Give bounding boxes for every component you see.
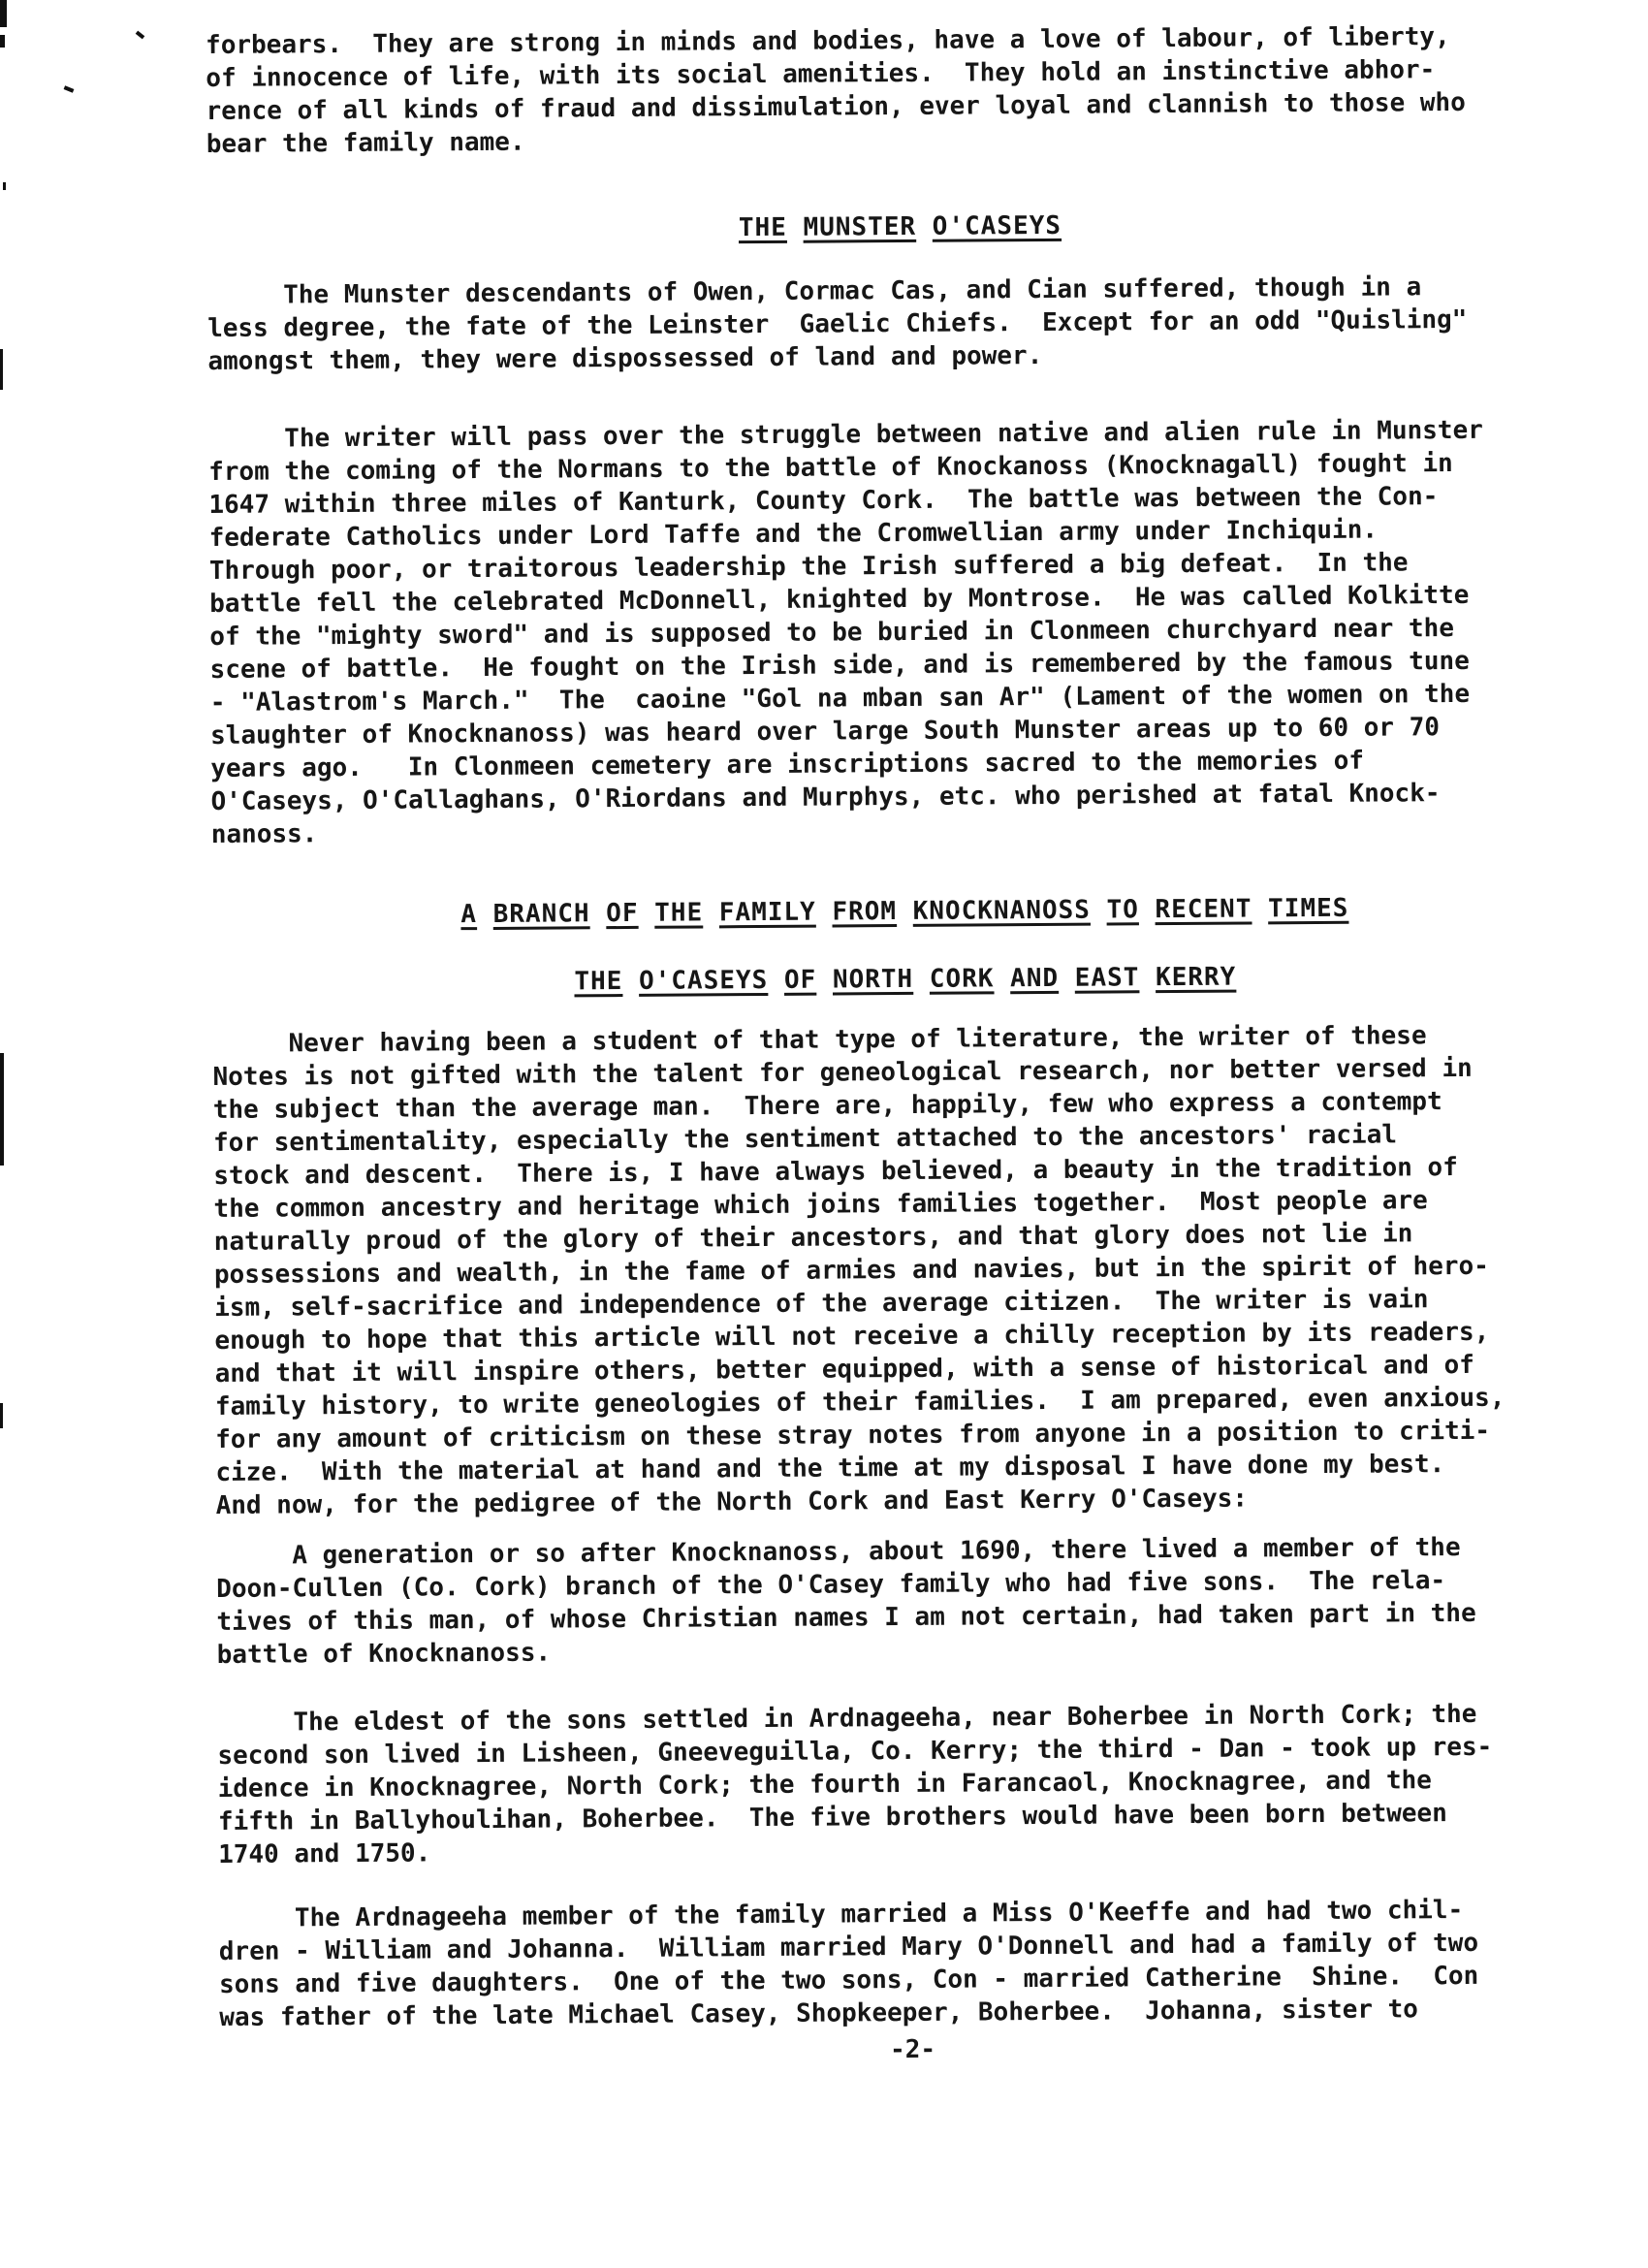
section-heading-munster-ocaseys: THE MUNSTER O'CASEYS	[206, 206, 1593, 248]
scan-artifact	[3, 182, 6, 190]
page-number: -2-	[219, 2028, 1605, 2071]
scan-artifact	[136, 31, 145, 40]
section-heading-branch-of-family: A BRANCH OF THE FAMILY FROM KNOCKNANOSS …	[211, 890, 1598, 933]
typewritten-text-block: forbears. They are strong in minds and b…	[206, 19, 1606, 2071]
scan-artifact	[0, 1403, 3, 1428]
scan-artifact	[0, 349, 3, 390]
document-page: forbears. They are strong in minds and b…	[0, 0, 1648, 2268]
section-heading-north-cork-east-kerry: THE O'CASEYS OF NORTH CORK AND EAST KERR…	[212, 958, 1599, 1001]
paragraph-forbears: forbears. They are strong in minds and b…	[206, 19, 1593, 161]
scan-artifact	[0, 35, 5, 48]
scan-artifact	[64, 85, 75, 92]
paragraph-writer-notes: Never having been a student of that type…	[212, 1018, 1602, 1522]
paragraph-knockanoss-battle: The writer will pass over the struggle b…	[208, 413, 1598, 851]
paragraph-munster-descendants: The Munster descendants of Owen, Cormac …	[207, 270, 1595, 378]
paragraph-generation-after-knocknanoss: A generation or so after Knocknanoss, ab…	[216, 1530, 1603, 1672]
paragraph-five-sons: The eldest of the sons settled in Ardnag…	[217, 1697, 1604, 1871]
scan-artifact	[0, 0, 7, 27]
paragraph-ardnageeha-family: The Ardnageeha member of the family marr…	[218, 1893, 1605, 2034]
scan-artifact	[0, 1053, 4, 1166]
